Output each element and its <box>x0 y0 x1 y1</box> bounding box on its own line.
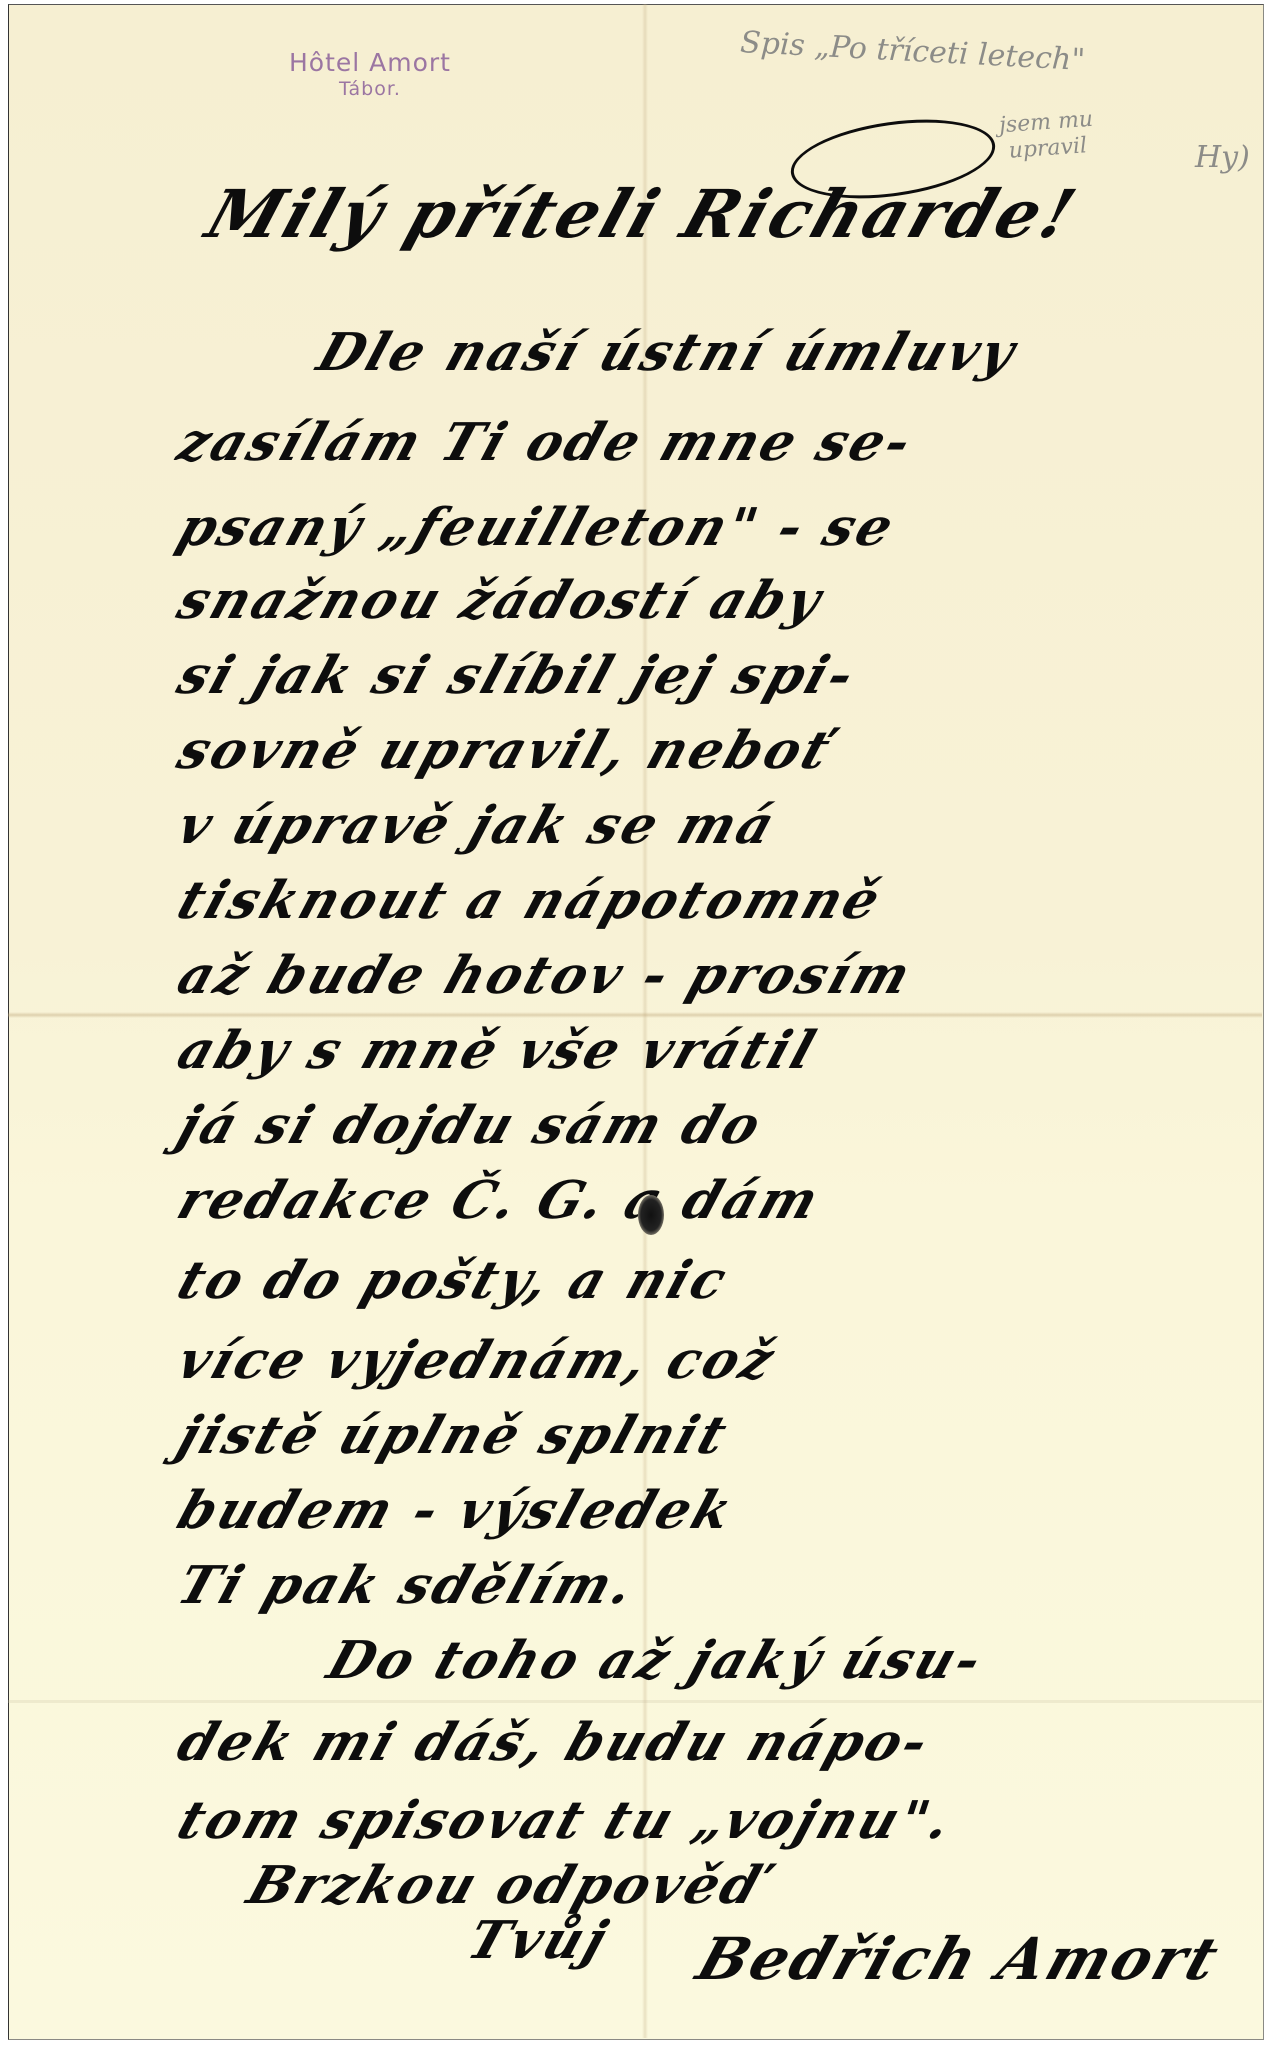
closing: Tvůj <box>460 1910 617 1971</box>
ink-blot <box>638 1195 664 1235</box>
body-line-8: tisknout a nápotomně <box>170 870 890 931</box>
horizontal-fold-crease <box>8 1012 1262 1018</box>
body-line-3: psaný „feuilleton" - se <box>170 497 904 558</box>
body-line-11: já si dojdu sám do <box>170 1095 771 1156</box>
body-line-7: v úpravě jak se má <box>170 795 785 856</box>
body-line-20: tom spisovat tu „vojnu". <box>170 1790 962 1851</box>
body-line-10: aby s mně vše vrátil <box>170 1020 825 1081</box>
body-line-4: snažnou žádostí aby <box>170 570 831 631</box>
pencil-annotation-initials: Hy) <box>1195 140 1250 175</box>
body-line-13: to do pošty, a nic <box>170 1250 737 1311</box>
hotel-letterhead-stamp: Hôtel Amort Tábor. <box>245 48 495 100</box>
body-line-2: zasílám Ti ode mne se- <box>170 412 921 473</box>
letterhead-city: Tábor. <box>245 78 495 100</box>
salutation: Milý příteli Richarde! <box>197 175 1087 253</box>
pencil-annotation-note: jsem mu upravil <box>998 107 1095 165</box>
body-line-16: budem - výsledek <box>170 1480 742 1541</box>
body-line-15: jistě úplně splnit <box>170 1405 737 1466</box>
body-line-18: Do toho až jaký úsu- <box>320 1630 992 1691</box>
body-line-5: si jak si slíbil jej spi- <box>170 645 864 706</box>
body-line-21: Brzkou odpověď <box>240 1855 771 1916</box>
body-line-14: více vyjednám, což <box>170 1330 784 1391</box>
signature: Bedřich Amort <box>689 1925 1229 1993</box>
body-line-12: redakce Č. G. a dám <box>170 1170 829 1231</box>
body-line-1: Dle naší ústní úmluvy <box>310 322 1025 383</box>
body-line-17: Ti pak sdělím. <box>170 1555 644 1616</box>
body-line-19: dek mi dáš, budu nápo- <box>170 1712 938 1773</box>
body-line-9: až bude hotov - prosím <box>170 945 921 1006</box>
body-line-6: sovně upravil, neboť <box>170 720 840 781</box>
letterhead-hotel-name: Hôtel Amort <box>245 48 495 78</box>
lower-fold-crease <box>8 1700 1262 1703</box>
